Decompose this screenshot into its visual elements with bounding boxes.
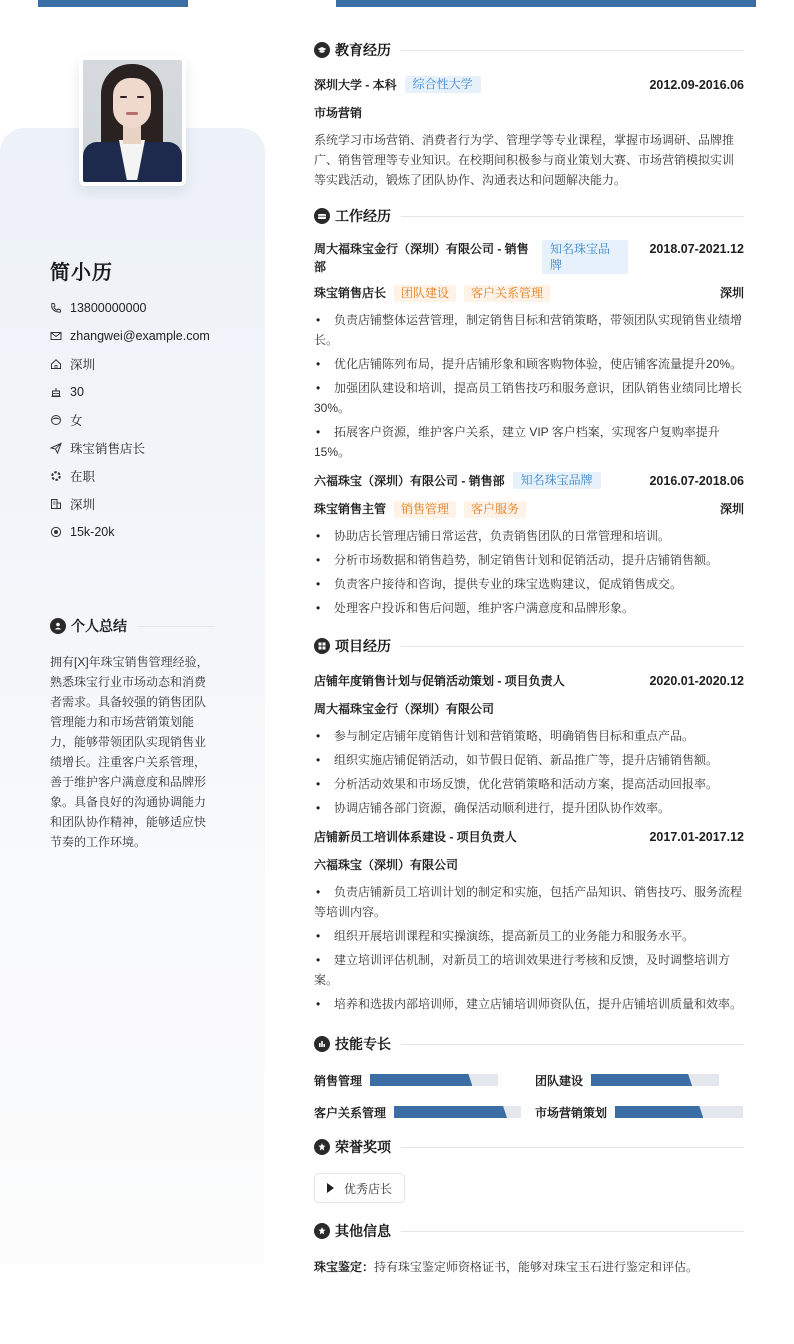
project-entry: 店铺新员工培训体系建设 - 项目负责人 2017.01-2017.12 六福珠宝…: [314, 828, 744, 1014]
project-bullets: 负责店铺新员工培训计划的制定和实施，包括产品知识、销售技巧、服务流程等培训内容。…: [314, 882, 744, 1014]
info-salary: 15k-20k: [50, 518, 210, 546]
avatar: [79, 56, 186, 186]
job-role: 珠宝销售店长: [314, 286, 386, 300]
award-icon: [314, 1139, 330, 1155]
list-item: 建立培训评估机制，对新员工的培训效果进行考核和反馈，及时调整培训方案。: [314, 950, 744, 990]
education-row: 深圳大学 - 本科综合性大学 2012.09-2016.06: [314, 76, 744, 94]
other-info: 珠宝鉴定：持有珠宝鉴定师资格证书，能够对珠宝玉石进行鉴定和评估。: [314, 1257, 744, 1277]
awards-header: 荣誉奖项: [314, 1135, 744, 1159]
project-date: 2020.01-2020.12: [649, 672, 744, 690]
info-phone: 13800000000: [50, 294, 210, 322]
bar-chart-icon: [314, 1036, 330, 1052]
list-item: 参与制定店铺年度销售计划和营销策略，明确销售目标和重点产品。: [314, 726, 744, 746]
project-name: 店铺新员工培训体系建设 - 项目负责人: [314, 828, 517, 846]
divider: [401, 50, 744, 51]
info-expected-city: 深圳: [50, 490, 210, 518]
info-gender: 女: [50, 406, 210, 434]
send-icon: [50, 442, 62, 454]
info-position: 珠宝销售店长: [50, 434, 210, 462]
divider: [401, 216, 744, 217]
other-header: 其他信息: [314, 1219, 744, 1243]
job-city: 深圳: [720, 500, 744, 518]
list-item: 分析市场数据和销售趋势，制定销售计划和促销活动，提升店铺销售额。: [314, 550, 744, 570]
briefcase-icon: [314, 208, 330, 224]
skill-item: 销售管理: [314, 1071, 535, 1089]
divider: [401, 1044, 744, 1045]
summary-header: 个人总结: [50, 616, 215, 636]
company-tag: 知名珠宝品牌: [542, 240, 628, 274]
education-header: 教育经历: [314, 38, 744, 62]
main-content: 教育经历 深圳大学 - 本科综合性大学 2012.09-2016.06 市场营销…: [314, 38, 744, 1277]
job-role: 珠宝销售主管: [314, 502, 386, 516]
job-city: 深圳: [720, 284, 744, 302]
list-item: 优化店铺陈列布局，提升店铺形象和顾客购物体验，使店铺客流量提升20%。: [314, 354, 744, 374]
skills-header: 技能专长: [314, 1032, 744, 1056]
project-bullets: 参与制定店铺年度销售计划和营销策略，明确销售目标和重点产品。 组织实施店铺促销活…: [314, 726, 744, 818]
list-item: 拓展客户资源，维护客户关系，建立 VIP 客户档案，实现客户复购率提升15%。: [314, 422, 744, 462]
award-item[interactable]: 优秀店长: [314, 1173, 405, 1203]
top-accent-bar-right: [336, 0, 756, 7]
major: 市场营销: [314, 104, 744, 122]
list-item: 组织开展培训课程和实操演练，提高新员工的业务能力和服务水平。: [314, 926, 744, 946]
list-item: 组织实施店铺促销活动，如节假日促销、新品推广等，提升店铺销售额。: [314, 750, 744, 770]
contact-info-list: 13800000000 zhangwei@example.com 深圳 30 女…: [50, 294, 210, 546]
project-company: 周大福珠宝金行（深圳）有限公司: [314, 700, 744, 718]
other-text: 持有珠宝鉴定师资格证书，能够对珠宝玉石进行鉴定和评估。: [374, 1260, 698, 1274]
school-tag: 综合性大学: [405, 76, 481, 93]
divider: [401, 1147, 744, 1148]
divider: [401, 1231, 744, 1232]
mail-icon: [50, 330, 62, 342]
projects-header: 项目经历: [314, 634, 744, 658]
job-company: 周大福珠宝金行（深圳）有限公司 - 销售部: [314, 240, 536, 276]
skill-tag: 团队建设: [394, 285, 456, 302]
school-name: 深圳大学 - 本科: [314, 78, 397, 92]
skill-item: 客户关系管理: [314, 1103, 535, 1121]
skill-tag: 客户服务: [464, 501, 526, 518]
list-item: 负责店铺新员工培训计划的制定和实施，包括产品知识、销售技巧、服务流程等培训内容。: [314, 882, 744, 922]
list-item: 协助店长管理店铺日常运营，负责销售团队的日常管理和培训。: [314, 526, 744, 546]
skill-bar: [615, 1106, 743, 1118]
divider: [137, 626, 215, 627]
gender-icon: [50, 414, 62, 426]
job-bullets: 负责店铺整体运营管理，制定销售目标和营销策略，带领团队实现销售业绩增长。 优化店…: [314, 310, 744, 462]
candidate-name: 简小历: [50, 256, 113, 285]
job-entry: 周大福珠宝金行（深圳）有限公司 - 销售部 知名珠宝品牌 2018.07-202…: [314, 240, 744, 462]
graduation-cap-icon: [314, 42, 330, 58]
skills-grid: 销售管理 团队建设 客户关系管理 市场营销策划: [314, 1071, 744, 1121]
job-bullets: 协助店长管理店铺日常运营，负责销售团队的日常管理和培训。 分析市场数据和销售趋势…: [314, 526, 744, 618]
company-tag: 知名珠宝品牌: [513, 472, 601, 489]
skill-bar: [394, 1106, 521, 1118]
cake-icon: [50, 386, 62, 398]
project-date: 2017.01-2017.12: [649, 828, 744, 846]
project-name: 店铺年度销售计划与促销活动策划 - 项目负责人: [314, 672, 565, 690]
job-company: 六福珠宝（深圳）有限公司 - 销售部: [314, 474, 505, 488]
skill-bar: [370, 1074, 498, 1086]
summary-title: 个人总结: [71, 616, 127, 636]
list-item: 负责店铺整体运营管理，制定销售目标和营销策略，带领团队实现销售业绩增长。: [314, 310, 744, 350]
info-city: 深圳: [50, 350, 210, 378]
salary-icon: [50, 526, 62, 538]
building-icon: [50, 498, 62, 510]
skill-tag: 客户关系管理: [464, 285, 550, 302]
list-item: 处理客户投诉和售后问题，维护客户满意度和品牌形象。: [314, 598, 744, 618]
education-desc: 系统学习市场营销、消费者行为学、管理学等专业课程，掌握市场调研、品牌推广、销售管…: [314, 130, 744, 190]
phone-icon: [50, 302, 62, 314]
other-label: 珠宝鉴定：: [314, 1260, 374, 1274]
list-item: 分析活动效果和市场反馈，优化营销策略和活动方案，提高活动回报率。: [314, 774, 744, 794]
top-accent-bar-left: [38, 0, 188, 7]
project-company: 六福珠宝（深圳）有限公司: [314, 856, 744, 874]
status-icon: [50, 470, 62, 482]
profile-photo: [83, 60, 182, 182]
job-date: 2016.07-2018.06: [649, 472, 744, 490]
info-email: zhangwei@example.com: [50, 322, 210, 350]
divider: [401, 646, 744, 647]
user-icon: [50, 618, 66, 634]
list-item: 加强团队建设和培训，提高员工销售技巧和服务意识，团队销售业绩同比增长30%。: [314, 378, 744, 418]
info-status: 在职: [50, 462, 210, 490]
skill-bar: [591, 1074, 719, 1086]
summary-text: 拥有[X]年珠宝销售管理经验，熟悉珠宝行业市场动态和消费者需求。具备较强的销售团…: [50, 652, 210, 852]
home-icon: [50, 358, 62, 370]
job-date: 2018.07-2021.12: [649, 240, 744, 258]
play-icon: [327, 1183, 334, 1193]
work-header: 工作经历: [314, 204, 744, 228]
grid-icon: [314, 638, 330, 654]
job-entry: 六福珠宝（深圳）有限公司 - 销售部知名珠宝品牌 2016.07-2018.06…: [314, 472, 744, 618]
project-entry: 店铺年度销售计划与促销活动策划 - 项目负责人 2020.01-2020.12 …: [314, 672, 744, 818]
list-item: 负责客户接待和咨询，提供专业的珠宝选购建议，促成销售成交。: [314, 574, 744, 594]
list-item: 培养和选拔内部培训师，建立店铺培训师资队伍，提升店铺培训质量和效率。: [314, 994, 744, 1014]
skill-tag: 销售管理: [394, 501, 456, 518]
skill-item: 团队建设: [535, 1071, 744, 1089]
info-age: 30: [50, 378, 210, 406]
skill-item: 市场营销策划: [535, 1103, 744, 1121]
info-star-icon: [314, 1223, 330, 1239]
list-item: 协调店铺各部门资源，确保活动顺利进行，提升团队协作效率。: [314, 798, 744, 818]
education-date: 2012.09-2016.06: [649, 76, 744, 94]
